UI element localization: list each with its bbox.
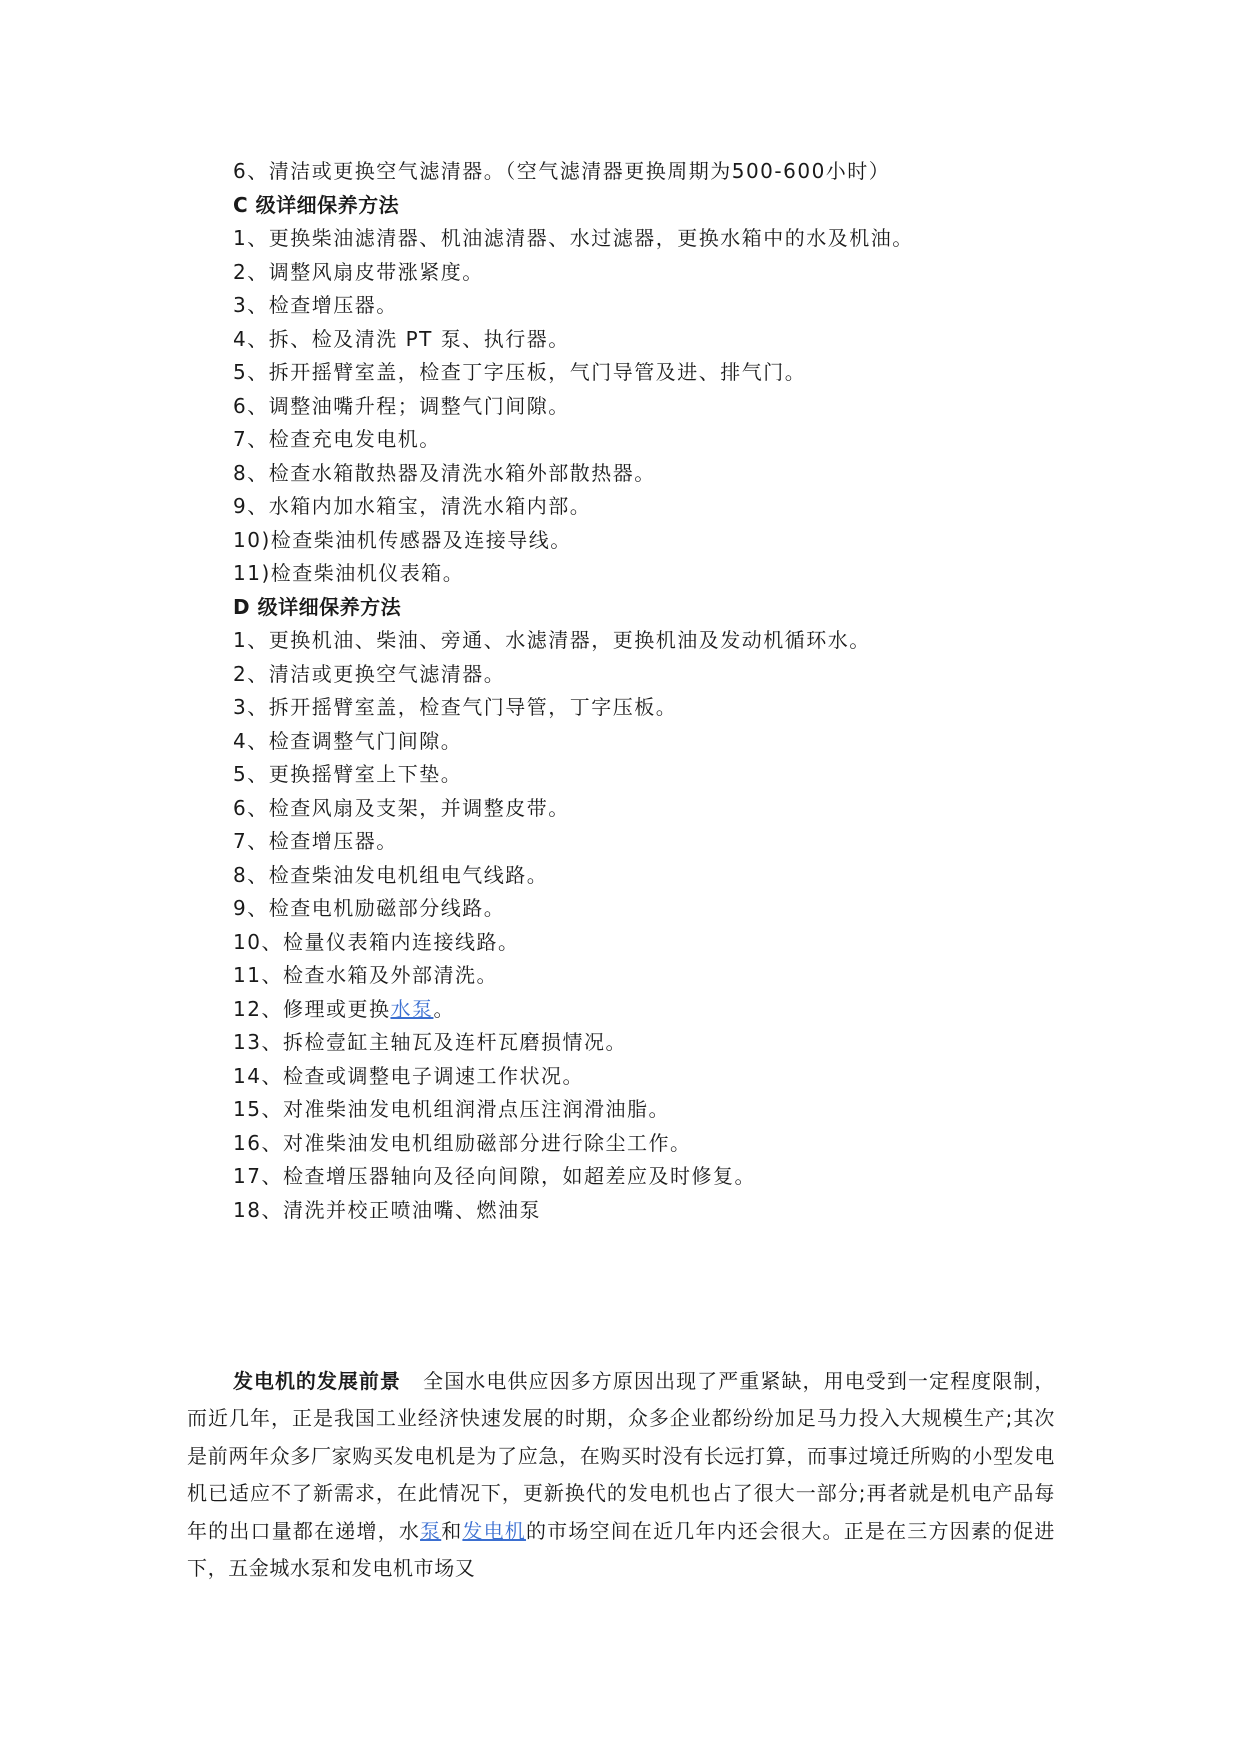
list-item: 11、检查水箱及外部清洗。 (233, 957, 498, 994)
list-item: 10)检查柴油机传感器及连接导线。 (233, 522, 572, 559)
list-item-text: C 级详细保养方法 (233, 193, 399, 217)
list-item-text: 1、更换机油、柴油、旁通、水滤清器，更换机油及发动机循环水。 (233, 628, 871, 652)
list-item: 1、更换机油、柴油、旁通、水滤清器，更换机油及发动机循环水。 (233, 622, 871, 659)
list-item: 12、修理或更换水泵。 (233, 991, 455, 1028)
list-item: 10、检量仪表箱内连接线路。 (233, 924, 519, 961)
list-item: 17、检查增压器轴向及径向间隙，如超差应及时修复。 (233, 1158, 756, 1195)
list-item: 2、清洁或更换空气滤清器。 (233, 656, 505, 693)
list-item-text: 6、调整油嘴升程；调整气门间隙。 (233, 394, 570, 418)
list-item-text: 1、更换柴油滤清器、机油滤清器、水过滤器，更换水箱中的水及机油。 (233, 226, 914, 250)
list-item-text: 11、检查水箱及外部清洗。 (233, 963, 498, 987)
paragraph-text-2: 和 (441, 1519, 462, 1543)
list-item-text: 14、检查或调整电子调速工作状况。 (233, 1064, 584, 1088)
list-item: 7、检查增压器。 (233, 823, 398, 860)
water-pump-link[interactable]: 水泵 (390, 997, 433, 1021)
list-item-text: 17、检查增压器轴向及径向间隙，如超差应及时修复。 (233, 1164, 756, 1188)
list-item-text: 12、修理或更换 (233, 997, 390, 1021)
list-item: 16、对准柴油发电机组励磁部分进行除尘工作。 (233, 1125, 691, 1162)
list-item: 4、检查调整气门间隙。 (233, 723, 462, 760)
list-item: 11)检查柴油机仪表箱。 (233, 555, 464, 592)
list-item: 7、检查充电发电机。 (233, 421, 441, 458)
pump-link[interactable]: 泵 (420, 1519, 441, 1543)
outlook-paragraph: 发电机的发展前景 全国水电供应因多方原因出现了严重紧缺，用电受到一定程度限制，而… (187, 1363, 1055, 1587)
list-item: 5、拆开摇臂室盖，检查丁字压板，气门导管及进、排气门。 (233, 354, 806, 391)
section-heading: C 级详细保养方法 (233, 187, 399, 224)
list-item-text: 10、检量仪表箱内连接线路。 (233, 930, 519, 954)
list-item: 6、检查风扇及支架，并调整皮带。 (233, 790, 570, 827)
list-item: 5、更换摇臂室上下垫。 (233, 756, 462, 793)
list-item: 6、调整油嘴升程；调整气门间隙。 (233, 388, 570, 425)
list-item-text: 13、拆检壹缸主轴瓦及连杆瓦磨损情况。 (233, 1030, 627, 1054)
paragraph-lead: 发电机的发展前景 (233, 1369, 401, 1393)
list-item: 3、检查增压器。 (233, 287, 398, 324)
list-item: 9、检查电机励磁部分线路。 (233, 890, 505, 927)
list-item-text: 9、检查电机励磁部分线路。 (233, 896, 505, 920)
list-item-text: 2、清洁或更换空气滤清器。 (233, 662, 505, 686)
list-item: 13、拆检壹缸主轴瓦及连杆瓦磨损情况。 (233, 1024, 627, 1061)
list-item-text: D 级详细保养方法 (233, 595, 401, 619)
list-item-text: 11)检查柴油机仪表箱。 (233, 561, 464, 585)
list-item-text: 4、拆、检及清洗 PT 泵、执行器。 (233, 327, 570, 351)
list-item-text: 7、检查充电发电机。 (233, 427, 441, 451)
list-item: 8、检查水箱散热器及清洗水箱外部散热器。 (233, 455, 656, 492)
list-item-text: 15、对准柴油发电机组润滑点压注润滑油脂。 (233, 1097, 670, 1121)
list-item-text: 10)检查柴油机传感器及连接导线。 (233, 528, 572, 552)
section-heading: D 级详细保养方法 (233, 589, 401, 626)
list-item: 4、拆、检及清洗 PT 泵、执行器。 (233, 321, 570, 358)
list-item-text: 5、拆开摇臂室盖，检查丁字压板，气门导管及进、排气门。 (233, 360, 806, 384)
list-item-text: 7、检查增压器。 (233, 829, 398, 853)
list-item-text: 8、检查柴油发电机组电气线路。 (233, 863, 548, 887)
list-item: 18、清洗并校正喷油嘴、燃油泵 (233, 1192, 541, 1229)
list-item: 2、调整风扇皮带涨紧度。 (233, 254, 484, 291)
list-item-text: 16、对准柴油发电机组励磁部分进行除尘工作。 (233, 1131, 691, 1155)
list-item: 15、对准柴油发电机组润滑点压注润滑油脂。 (233, 1091, 670, 1128)
list-item: 14、检查或调整电子调速工作状况。 (233, 1058, 584, 1095)
paragraph-text-1: 全国水电供应因多方原因出现了严重紧缺，用电受到一定程度限制，而近几年，正是我国工… (187, 1369, 1055, 1543)
list-item-text: 3、检查增压器。 (233, 293, 398, 317)
list-item-text: 8、检查水箱散热器及清洗水箱外部散热器。 (233, 461, 656, 485)
list-item-text: 18、清洗并校正喷油嘴、燃油泵 (233, 1198, 541, 1222)
list-item: 6、清洁或更换空气滤清器。（空气滤清器更换周期为500-600小时） (233, 153, 890, 190)
list-item-text: 5、更换摇臂室上下垫。 (233, 762, 462, 786)
list-item: 8、检查柴油发电机组电气线路。 (233, 857, 548, 894)
list-item: 1、更换柴油滤清器、机油滤清器、水过滤器，更换水箱中的水及机油。 (233, 220, 914, 257)
list-item-suffix: 。 (433, 997, 455, 1021)
list-item-text: 4、检查调整气门间隙。 (233, 729, 462, 753)
document-page: 6、清洁或更换空气滤清器。（空气滤清器更换周期为500-600小时）C 级详细保… (0, 0, 1241, 1754)
generator-link[interactable]: 发电机 (462, 1519, 526, 1543)
list-item-text: 6、清洁或更换空气滤清器。（空气滤清器更换周期为500-600小时） (233, 159, 890, 183)
list-item: 9、水箱内加水箱宝，清洗水箱内部。 (233, 488, 591, 525)
list-item-text: 9、水箱内加水箱宝，清洗水箱内部。 (233, 494, 591, 518)
list-item: 3、拆开摇臂室盖，检查气门导管，丁字压板。 (233, 689, 677, 726)
list-item-text: 6、检查风扇及支架，并调整皮带。 (233, 796, 570, 820)
list-item-text: 2、调整风扇皮带涨紧度。 (233, 260, 484, 284)
list-item-text: 3、拆开摇臂室盖，检查气门导管，丁字压板。 (233, 695, 677, 719)
